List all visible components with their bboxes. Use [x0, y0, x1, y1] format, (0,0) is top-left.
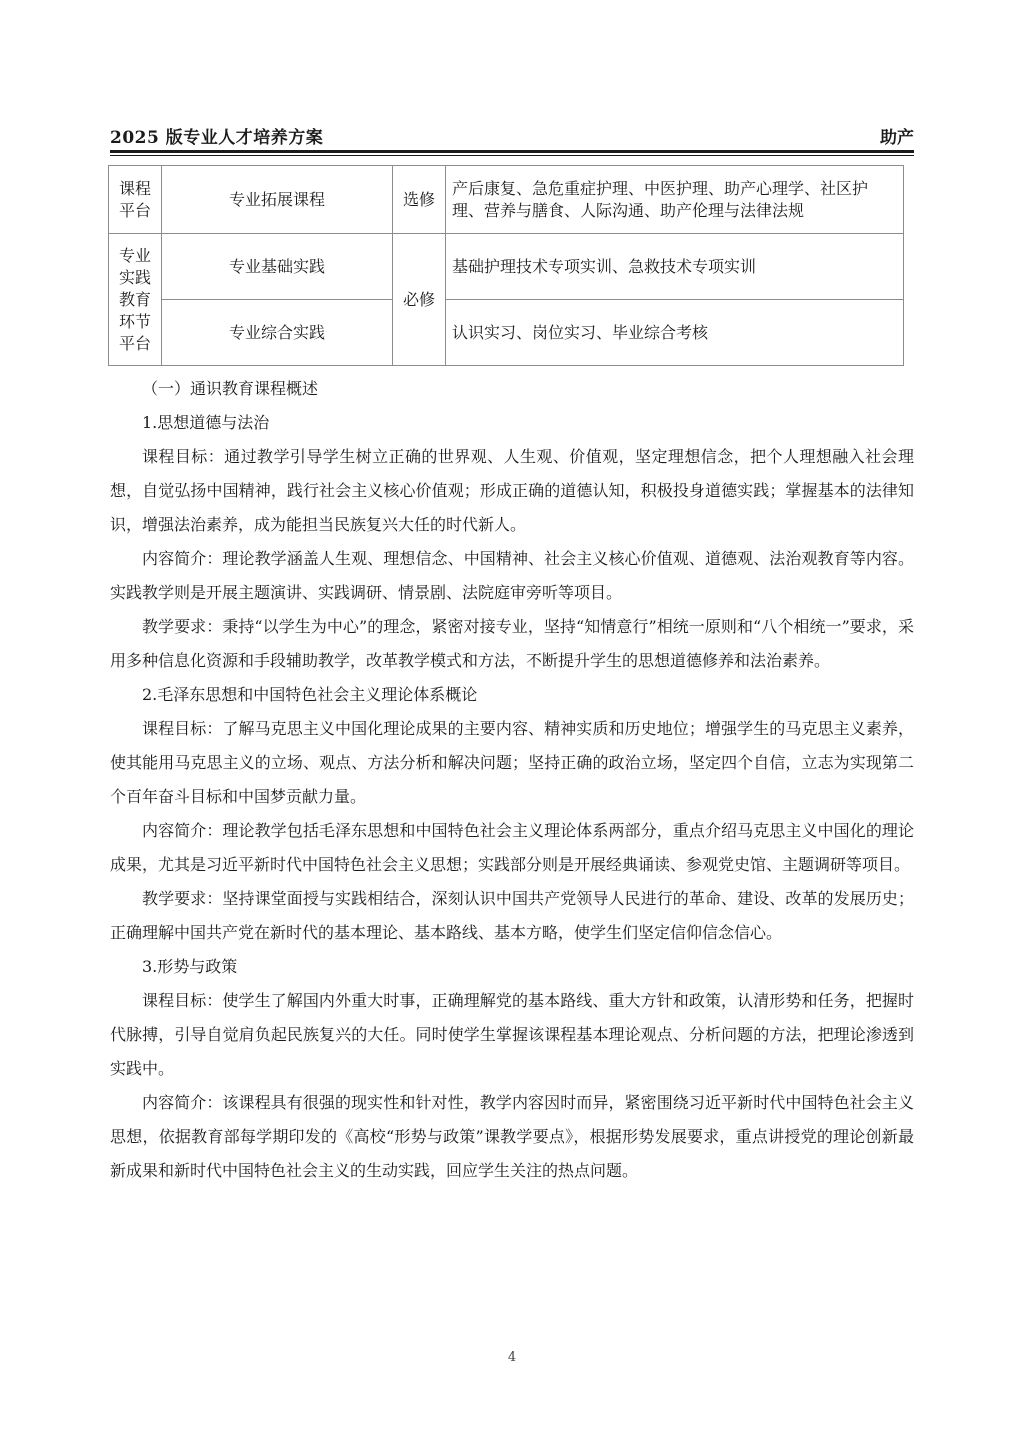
platform-cell: 课程 平台	[109, 166, 162, 234]
paragraph-content-intro: 内容简介：该课程具有很强的现实性和针对性，教学内容因时而异，紧密围绕习近平新时代…	[110, 1086, 914, 1188]
nature-cell: 选修	[393, 166, 446, 234]
section-heading: （一）通识教育课程概述	[110, 372, 914, 406]
paragraph-teaching-requirements: 教学要求：坚持课堂面授与实践相结合，深刻认识中国共产党领导人民进行的革命、建设、…	[110, 882, 914, 950]
major-name: 助产	[880, 123, 914, 148]
header-rule-thin	[110, 155, 914, 156]
courses-cell: 认识实习、岗位实习、毕业综合考核	[446, 300, 904, 366]
course-title: 2.毛泽东思想和中国特色社会主义理论体系概论	[110, 678, 914, 712]
document-body: （一）通识教育课程概述 1.思想道德与法治 课程目标：通过教学引导学生树立正确的…	[110, 372, 914, 1188]
document-page: 2025 版专业人才培养方案 助产 课程 平台 专业拓展课程 选修 产后康复、急…	[0, 0, 1024, 1448]
course-type-cell: 专业基础实践	[162, 234, 393, 300]
course-title: 3.形势与政策	[110, 950, 914, 984]
course-title: 1.思想道德与法治	[110, 406, 914, 440]
page-number: 4	[0, 1350, 1024, 1365]
table-row: 课程 平台 专业拓展课程 选修 产后康复、急危重症护理、中医护理、助产心理学、社…	[109, 166, 904, 234]
paragraph-content-intro: 内容简介：理论教学涵盖人生观、理想信念、中国精神、社会主义核心价值观、道德观、法…	[110, 542, 914, 610]
paragraph-course-goal: 课程目标：了解马克思主义中国化理论成果的主要内容、精神实质和历史地位；增强学生的…	[110, 712, 914, 814]
paragraph-course-goal: 课程目标：使学生了解国内外重大时事，正确理解党的基本路线、重大方针和政策，认清形…	[110, 984, 914, 1086]
curriculum-table: 课程 平台 专业拓展课程 选修 产后康复、急危重症护理、中医护理、助产心理学、社…	[108, 165, 904, 366]
document-title: 2025 版专业人才培养方案	[110, 123, 323, 148]
courses-cell: 基础护理技术专项实训、急救技术专项实训	[446, 234, 904, 300]
courses-cell: 产后康复、急危重症护理、中医护理、助产心理学、社区护理、营养与膳食、人际沟通、助…	[446, 166, 904, 234]
course-type-cell: 专业综合实践	[162, 300, 393, 366]
course-type-cell: 专业拓展课程	[162, 166, 393, 234]
paragraph-content-intro: 内容简介：理论教学包括毛泽东思想和中国特色社会主义理论体系两部分，重点介绍马克思…	[110, 814, 914, 882]
platform-cell: 专业 实践 教育 环节 平台	[109, 234, 162, 366]
header-rule-thick	[110, 150, 914, 153]
nature-cell: 必修	[393, 234, 446, 366]
paragraph-course-goal: 课程目标：通过教学引导学生树立正确的世界观、人生观、价值观，坚定理想信念，把个人…	[110, 440, 914, 542]
table-row: 专业 实践 教育 环节 平台 专业基础实践 必修 基础护理技术专项实训、急救技术…	[109, 234, 904, 300]
page-header: 2025 版专业人才培养方案 助产	[110, 124, 914, 148]
paragraph-teaching-requirements: 教学要求：秉持“以学生为中心”的理念，紧密对接专业，坚持“知情意行”相统一原则和…	[110, 610, 914, 678]
table-row: 专业综合实践 认识实习、岗位实习、毕业综合考核	[109, 300, 904, 366]
